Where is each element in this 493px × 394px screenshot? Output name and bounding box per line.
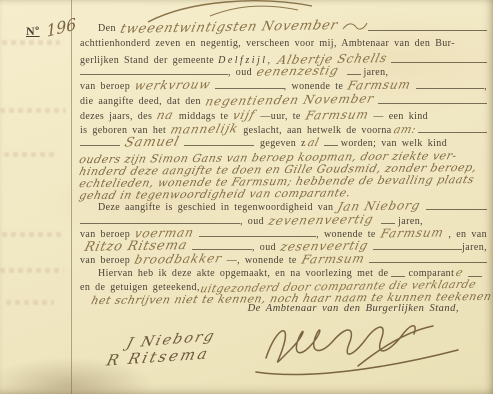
witness2-signature: R Ritsema (105, 345, 212, 370)
form-line-gender: is geboren van het mannelijk geslacht, a… (80, 122, 487, 136)
printed-text: Hiervan heb ik deze akte opgemaakt, en n… (98, 268, 388, 279)
printed-text: Deze aangifte is geschied in tegenwoordi… (98, 202, 333, 213)
ink-bleed-artifact (2, 40, 60, 45)
handwritten-date: tweeentwintigsten November (119, 18, 340, 37)
printed-text: , (484, 81, 487, 92)
handwritten-witness1-name: Jan Nieborg (336, 198, 422, 213)
form-line-childname: Samuel gegeven z al worden; van welk kin… (80, 135, 487, 149)
printed-text: gegeven z (260, 138, 306, 149)
blank-dash (347, 73, 361, 75)
blank-underline (80, 73, 228, 75)
form-line-date: Den tweeentwintigsten November (80, 20, 487, 34)
handwritten-occupation: werkvrouw (133, 77, 212, 92)
printed-text: — een kind (373, 111, 428, 122)
form-line-occupation: van beroep werkvrouw , wonende te Farmsu… (80, 78, 487, 92)
act-number: 196 (46, 14, 77, 41)
printed-text: jaren, (364, 67, 389, 78)
printed-text: achttienhonderd zeven en negentig, versc… (80, 38, 455, 49)
margin-rule (71, 0, 72, 394)
act-number-label: Nº (26, 24, 40, 39)
blank-underline (416, 87, 484, 89)
form-line-birthtime: dezes jaars, des na middags te vijf —uur… (80, 108, 487, 122)
ink-bleed-artifact (6, 300, 54, 305)
printed-text: , oud (228, 67, 252, 78)
no-abbrev: Nº (26, 24, 40, 38)
ink-bleed-artifact (0, 108, 66, 113)
handwritten-word-completion: al (306, 136, 320, 149)
registrar-title: De Ambtenaar van den Burgerlijken Stand, (248, 303, 459, 314)
blank-underline (199, 235, 316, 237)
blank-underline (215, 87, 283, 89)
form-line-witnesses-intro: Deze aangifte is geschied in tegenwoordi… (80, 199, 487, 213)
handwritten-residence: Farmsum (346, 77, 412, 92)
form-line-witness2-occupation: van beroep broodbakker —, wonende te Far… (80, 252, 487, 266)
form-line-year: achttienhonderd zeven en negentig, versc… (80, 38, 487, 52)
blank-underline (426, 208, 488, 210)
blank-underline (368, 29, 487, 31)
printed-text: dezes jaars, des (80, 111, 152, 122)
printed-text: —, wonende te (227, 255, 297, 266)
ink-bleed-artifact (2, 232, 62, 237)
printed-text: Den (98, 23, 116, 34)
blank-dash (381, 222, 395, 224)
handwritten-birthplace: Farmsum (304, 107, 370, 122)
registrar-signature (248, 318, 468, 382)
handwritten-witness2-occupation: broodbakker (133, 251, 223, 267)
blank-underline (80, 144, 120, 146)
blank-dash (391, 275, 405, 277)
printed-text: van beroep (80, 81, 130, 92)
blank-underline (184, 144, 254, 146)
ink-bleed-artifact (0, 268, 64, 273)
blank-underline (391, 61, 487, 63)
ink-bleed-artifact (4, 152, 56, 157)
handwritten-witness2-residence: Farmsum (300, 251, 366, 266)
printed-text: —uur, te (260, 111, 300, 122)
pen-squiggle (342, 21, 368, 31)
blank-underline (373, 248, 462, 250)
handwritten-child-name: Samuel (123, 135, 181, 151)
birth-certificate-document: Nº 196 Den tweeentwintigsten November ac… (0, 0, 493, 394)
form-line-birthdate: die aangifte deed, dat den negentienden … (80, 93, 487, 107)
blank-underline (369, 261, 487, 263)
form-line-witness1-occupation: van beroep voerman , wonende te Farmsum … (80, 226, 487, 240)
blank-underline (192, 248, 252, 250)
printed-text: , wonende te (284, 81, 344, 92)
handwritten-birthdate: negentienden November (204, 92, 376, 109)
form-line-age: , oud eenenzestig jaren, (80, 64, 487, 78)
printed-text: middags te (179, 111, 229, 122)
handwritten-daypart: na (156, 108, 176, 122)
printed-text: en de getuigen geteekend, (80, 282, 200, 293)
blank-underline (418, 131, 487, 133)
form-line-witness2-name: Ritzo Ritsema , oud zesenveertig jaren, (80, 239, 487, 253)
blank-underline (378, 102, 487, 104)
handwritten-age: eenenzestig (255, 63, 340, 78)
handwritten-hour: vijf (232, 108, 258, 122)
printed-text: worden; van welk kind (341, 138, 447, 149)
blank-dash (324, 144, 338, 146)
printed-text: die aangifte deed, dat den (80, 96, 201, 107)
printed-text: van beroep (80, 255, 130, 266)
blank-underline (80, 222, 240, 224)
